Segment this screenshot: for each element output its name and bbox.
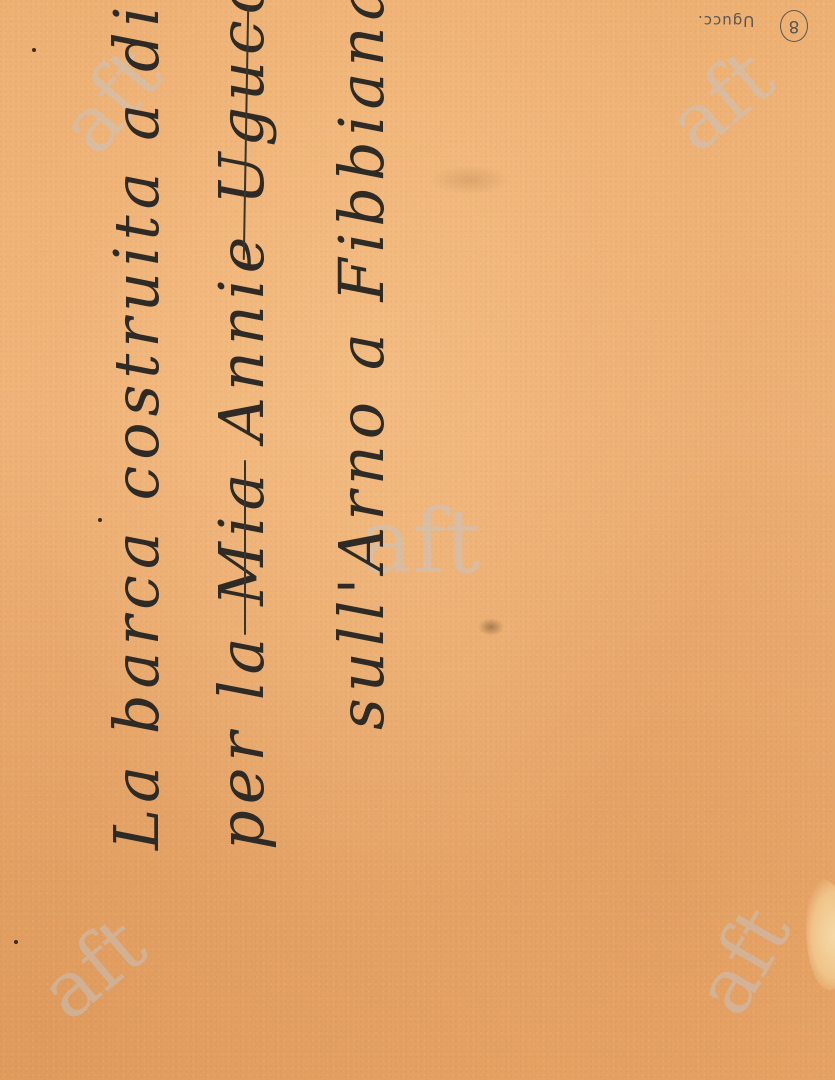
watermark: aft xyxy=(27,905,159,1033)
paper-stain xyxy=(478,618,504,636)
item-number: 8 xyxy=(789,16,800,36)
underline-annie xyxy=(244,460,246,635)
ink-speck xyxy=(14,940,18,944)
paper-stain xyxy=(430,165,510,195)
inscription-line-1: La barca costruita a diporto xyxy=(100,0,173,850)
photo-card-verso: aft aft aft aft aft La barca costruita a… xyxy=(0,0,835,1080)
inscription-line-3: sull'Arno a Fibbiana xyxy=(325,0,398,730)
inscription-line-2: per la Mia Annie Uguccioni xyxy=(205,0,278,850)
watermark: aft xyxy=(683,895,804,1026)
circled-item-number: 8 xyxy=(780,10,808,42)
ink-speck xyxy=(32,48,36,52)
watermark: aft xyxy=(655,37,787,165)
pencil-archive-note: Ugucc. xyxy=(697,12,754,30)
paper-edge-damage xyxy=(806,880,835,990)
